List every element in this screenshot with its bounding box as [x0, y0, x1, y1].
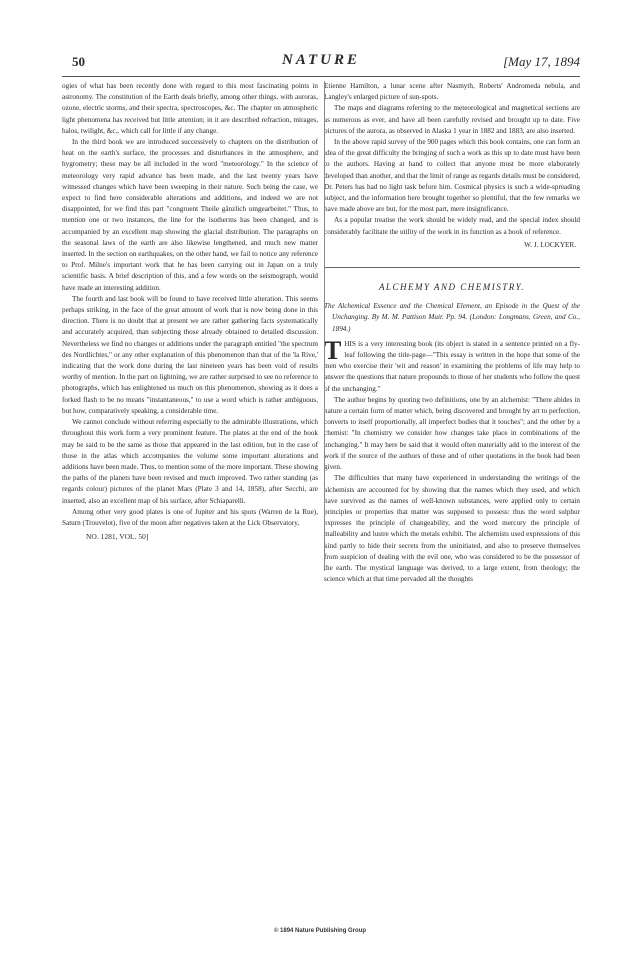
paragraph: In the above rapid survey of the 900 pag… — [324, 137, 580, 215]
two-column-body: ogies of what has been recently done wit… — [62, 81, 580, 585]
right-column: Etienne Hamilton, a lunar scene after Na… — [324, 81, 580, 585]
book-citation: The Alchemical Essence and the Chemical … — [324, 301, 580, 335]
section-divider — [324, 267, 580, 268]
column-divider — [324, 81, 325, 571]
paragraph: The fourth and last book will be found t… — [62, 294, 318, 417]
paragraph: The author begins by quoting two definit… — [324, 395, 580, 473]
header-rule — [62, 76, 580, 77]
running-head: 50 NATURE [May 17, 1894 — [62, 52, 580, 74]
paragraph: Etienne Hamilton, a lunar scene after Na… — [324, 81, 580, 103]
paragraph: As a popular treatise the work should be… — [324, 215, 580, 237]
journal-page: 50 NATURE [May 17, 1894 ogies of what ha… — [62, 52, 580, 585]
section-title: ALCHEMY AND CHEMISTRY. — [324, 282, 580, 293]
paragraph-text: HIS is a very interesting book (its obje… — [324, 340, 580, 393]
issue-date: [May 17, 1894 — [503, 54, 580, 70]
paragraph: Among other very good plates is one of J… — [62, 507, 318, 529]
paragraph: THIS is a very interesting book (its obj… — [324, 339, 580, 395]
paragraph: The maps and diagrams referring to the m… — [324, 103, 580, 137]
paragraph: We cannot conclude without referring esp… — [62, 417, 318, 507]
paragraph: In the third book we are introduced succ… — [62, 137, 318, 294]
paragraph: The difficulties that many have experien… — [324, 473, 580, 585]
copyright-footer: © 1894 Nature Publishing Group — [0, 928, 640, 934]
issue-reference: NO. 1281, VOL. 50] — [62, 531, 318, 542]
review-signature: W. J. LOCKYER. — [324, 240, 580, 251]
drop-cap: T — [324, 341, 341, 361]
paragraph: ogies of what has been recently done wit… — [62, 81, 318, 137]
left-column: ogies of what has been recently done wit… — [62, 81, 318, 585]
